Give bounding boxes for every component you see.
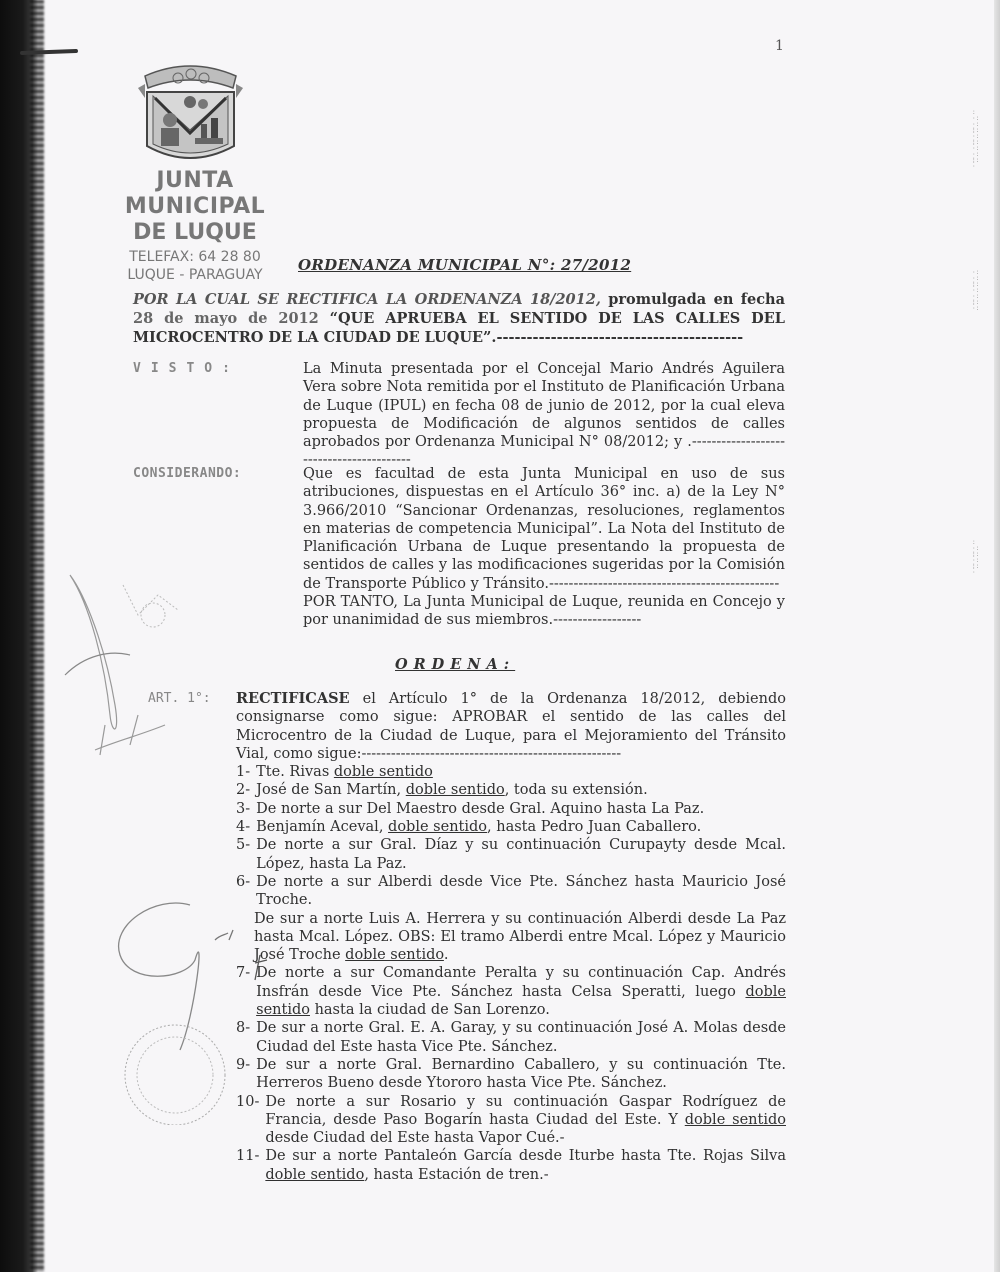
preamble-date: 28 de mayo de 2012 <box>133 310 319 327</box>
bleed-through-marks: :·:·:¦:·:¦:·:·:¦:· <box>972 110 982 200</box>
list-item: De sur a norte Luis A. Herrera y su cont… <box>236 910 786 965</box>
list-item-number: 6- <box>236 873 256 910</box>
list-item: 7-De norte a sur Comandante Peralta y su… <box>236 964 786 1019</box>
org-name-line2: DE LUQUE <box>90 220 300 246</box>
list-item-number: 10- <box>236 1093 265 1148</box>
list-item-text: De sur a norte Luis A. Herrera y su cont… <box>254 910 786 965</box>
list-item-text: De sur a norte Pantaleón García desde It… <box>265 1147 786 1184</box>
list-item-number: 8- <box>236 1019 256 1056</box>
list-item-text: De norte a sur Comandante Peralta y su c… <box>256 964 786 1019</box>
article-1: ART. 1°: RECTIFICASE el Artículo 1° de l… <box>148 690 786 1184</box>
list-item-number: 3- <box>236 800 256 818</box>
ordena-heading: ORDENA: <box>395 656 515 673</box>
list-item-text: José de San Martín, doble sentido, toda … <box>256 781 786 799</box>
scan-edge-left <box>0 0 38 1272</box>
page-number: 1 <box>775 38 784 54</box>
bleed-through-marks: :·:¦:·:¦:· <box>972 540 982 600</box>
visto-text: La Minuta presentada por el Concejal Mar… <box>303 360 785 470</box>
list-item: 1-Tte. Rivas doble sentido <box>236 763 786 781</box>
document-title: ORDENANZA MUNICIPAL N°: 27/2012 <box>298 256 631 274</box>
list-item-text: De norte a sur Del Maestro desde Gral. A… <box>256 800 786 818</box>
list-item-text: De norte a sur Gral. Díaz y su continuac… <box>256 836 786 873</box>
list-item-text: De norte a sur Alberdi desde Vice Pte. S… <box>256 873 786 910</box>
list-item-number: 9- <box>236 1056 256 1093</box>
article-body: RECTIFICASE el Artículo 1° de la Ordenan… <box>236 690 786 763</box>
article-label: ART. 1°: <box>148 690 211 708</box>
list-item: 9-De sur a norte Gral. Bernardino Caball… <box>236 1056 786 1093</box>
list-item: 3-De norte a sur Del Maestro desde Gral.… <box>236 800 786 818</box>
list-item-text: Benjamín Aceval, doble sentido, hasta Pe… <box>256 818 786 836</box>
preamble: POR LA CUAL SE RECTIFICA LA ORDENANZA 18… <box>133 290 785 347</box>
list-item-number: 4- <box>236 818 256 836</box>
preamble-lead: POR LA CUAL SE RECTIFICA LA ORDENANZA 18… <box>133 291 601 308</box>
list-item: 5-De norte a sur Gral. Díaz y su continu… <box>236 836 786 873</box>
scan-edge-right <box>994 0 1000 1272</box>
por-tanto-text: POR TANTO, La Junta Municipal de Luque, … <box>303 593 785 630</box>
staple-mark <box>20 49 78 55</box>
telefax: TELEFAX: 64 28 80 <box>90 248 300 266</box>
list-item: 6-De norte a sur Alberdi desde Vice Pte.… <box>236 873 786 910</box>
list-item: 10-De norte a sur Rosario y su continuac… <box>236 1093 786 1148</box>
list-item-text: Tte. Rivas doble sentido <box>256 763 786 781</box>
list-item-number: 1- <box>236 763 256 781</box>
letterhead: JUNTA MUNICIPAL DE LUQUE TELEFAX: 64 28 … <box>90 168 300 284</box>
org-name-line1: JUNTA MUNICIPAL <box>90 168 300 220</box>
considerando-section: CONSIDERANDO: Que es facultad de esta Ju… <box>133 465 785 630</box>
list-item-text: De sur a norte Gral. Bernardino Caballer… <box>256 1056 786 1093</box>
list-item-number: 5- <box>236 836 256 873</box>
location: LUQUE - PARAGUAY <box>90 266 300 284</box>
list-item-number: 7- <box>236 964 256 1019</box>
list-item-text: De sur a norte Gral. E. A. Garay, y su c… <box>256 1019 786 1056</box>
visto-section: VISTO: La Minuta presentada por el Conce… <box>133 360 785 470</box>
list-item: 11-De sur a norte Pantaleón García desde… <box>236 1147 786 1184</box>
considerando-label: CONSIDERANDO: <box>133 465 241 483</box>
considerando-text: Que es facultad de esta Junta Municipal … <box>303 465 785 593</box>
bleed-through-marks: ·:·:¦:·:·:¦:·: <box>972 270 982 340</box>
list-item: 2-José de San Martín, doble sentido, tod… <box>236 781 786 799</box>
list-item: 8-De sur a norte Gral. E. A. Garay, y su… <box>236 1019 786 1056</box>
municipal-crest-icon <box>133 58 248 168</box>
list-item-text: De norte a sur Rosario y su continuación… <box>265 1093 786 1148</box>
article-keyword: RECTIFICASE <box>236 690 350 707</box>
preamble-promulgated: promulgada en fecha <box>601 291 785 308</box>
list-item-number: 2- <box>236 781 256 799</box>
list-item: 4-Benjamín Aceval, doble sentido, hasta … <box>236 818 786 836</box>
visto-label: VISTO: <box>133 360 240 378</box>
list-item-number: 11- <box>236 1147 265 1184</box>
street-list: 1-Tte. Rivas doble sentido2-José de San … <box>236 763 786 1184</box>
